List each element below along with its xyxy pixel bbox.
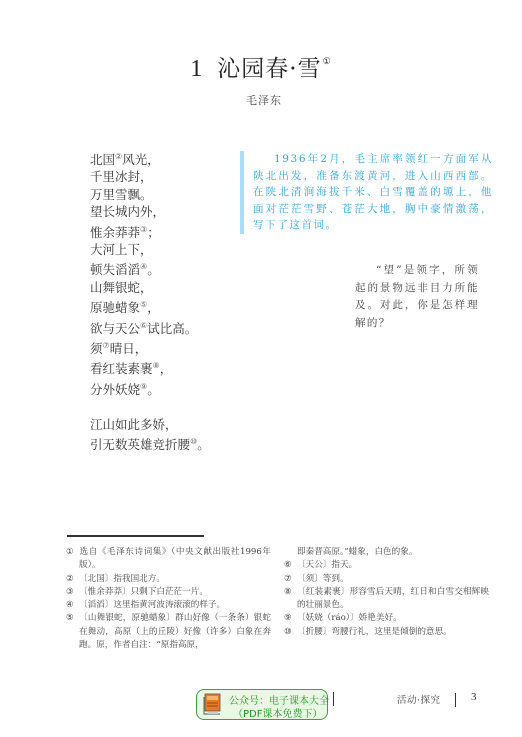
side-question-text: “望”是领字，所领起的景物远非目力所能及。对此，你是怎样理解的？ bbox=[355, 262, 479, 332]
intro-note: 1936年2月，毛主席率领红一方面军从陕北出发，准备东渡黄河，进入山西西部。在陕… bbox=[240, 151, 493, 234]
footnote: ⑧〔红装素裹〕形容雪后天晴，红日和白雪交相辉映的壮丽景色。 bbox=[284, 586, 489, 613]
footer-divider bbox=[333, 692, 334, 706]
poem-line: 北国②风光， bbox=[90, 148, 210, 168]
page-number: 3 bbox=[471, 691, 477, 703]
poem-line: 山舞银蛇， bbox=[90, 279, 210, 296]
book-icon bbox=[202, 693, 222, 716]
poem-line: 江山如此多娇， bbox=[90, 416, 210, 433]
footnote: ⑨〔妖娆（ráo）〕娇艳美好。 bbox=[284, 612, 489, 625]
poem-line: 望长城内外， bbox=[90, 203, 210, 220]
side-question: “望”是领字，所领起的景物远非目力所能及。对此，你是怎样理解的？ bbox=[355, 262, 479, 332]
watermark-line2: （PDF课本免费下） bbox=[233, 705, 322, 720]
title-footnote-mark: ① bbox=[323, 57, 332, 67]
footnote: ③〔惟余莽莽〕只剩下白茫茫一片。 bbox=[66, 586, 271, 599]
footnote: ⑩〔折腰〕弯腰行礼，这里是倾倒的意思。 bbox=[284, 626, 489, 639]
lesson-number: 1 bbox=[190, 56, 203, 82]
footnote-continued: 即秦晋高原。”蜡象，白色的象。 bbox=[284, 546, 489, 559]
poem-line: 引无数英雄竞折腰⑩。 bbox=[90, 433, 210, 453]
footnote-divider bbox=[67, 535, 204, 537]
poem-line: 顿失滔滔④。 bbox=[90, 258, 210, 278]
author: 毛泽东 bbox=[246, 92, 282, 108]
poem-line: 惟余莽莽③； bbox=[90, 221, 210, 241]
footnote: ⑤〔山舞银蛇，原驰蜡象〕群山好像（一条条）银蛇在舞动，高原（上的丘陵）好像（许多… bbox=[66, 612, 271, 652]
footnote-mark: ⑦ bbox=[103, 341, 110, 350]
poem-line: 看红装素裹⑧， bbox=[90, 357, 210, 377]
poem-line: 分外妖娆⑨。 bbox=[90, 378, 210, 398]
poem-line: 大河上下， bbox=[90, 241, 210, 258]
poem-line: 欲与天公⑥试比高。 bbox=[90, 317, 210, 337]
watermark-badge[interactable]: 公众号：电子课本大全 （PDF课本免费下） bbox=[196, 689, 328, 720]
poem-line: 千里冰封， bbox=[90, 168, 210, 185]
footer-divider bbox=[455, 693, 456, 707]
section-label: 活动·探究 bbox=[397, 692, 441, 706]
footnote: ⑦〔须〕等到。 bbox=[284, 573, 489, 586]
footnote: ④〔滔滔〕这里指黄河波涛滚滚的样子。 bbox=[66, 599, 271, 612]
footnotes-left: ①选自《毛泽东诗词集》（中央文献出版社1996年版）。 ②〔北国〕指我国北方。 … bbox=[66, 546, 271, 652]
footnotes-right: 即秦晋高原。”蜡象，白色的象。 ⑥〔天公〕指天。 ⑦〔须〕等到。 ⑧〔红装素裹〕… bbox=[284, 546, 489, 639]
footnote: ⑥〔天公〕指天。 bbox=[284, 559, 489, 572]
footnote-mark: ⑧ bbox=[153, 361, 160, 370]
stanza-break bbox=[90, 398, 210, 415]
page-footer: 公众号：电子课本大全 （PDF课本免费下） 活动·探究 3 bbox=[0, 686, 522, 726]
title-text: 沁园春·雪 bbox=[217, 56, 321, 82]
poem-line: 须⑦晴日， bbox=[90, 337, 210, 357]
lesson-title: 1沁园春·雪① bbox=[0, 50, 522, 83]
poem-body: 北国②风光， 千里冰封， 万里雪飘。 望长城内外， 惟余莽莽③； 大河上下， 顿… bbox=[90, 148, 210, 453]
intro-text: 1936年2月，毛主席率领红一方面军从陕北出发，准备东渡黄河，进入山西西部。在陕… bbox=[253, 151, 493, 234]
footnote: ②〔北国〕指我国北方。 bbox=[66, 573, 271, 586]
poem-line: 原驰蜡象⑤， bbox=[90, 296, 210, 316]
footnote: ①选自《毛泽东诗词集》（中央文献出版社1996年版）。 bbox=[66, 546, 271, 573]
poem-line: 万里雪飘。 bbox=[90, 186, 210, 203]
